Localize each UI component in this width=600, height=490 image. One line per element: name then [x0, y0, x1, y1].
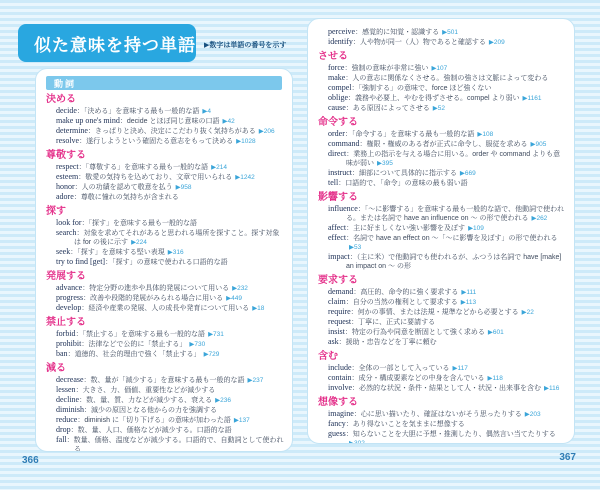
entry-colon: ：	[346, 421, 353, 428]
entry: make：人の意志に関係なくさせる。強制の強さは文脈によって変わる	[316, 73, 566, 83]
entry-colon: ：	[358, 206, 365, 213]
group-heading: 探す	[46, 206, 284, 217]
entry: contain：成分・構成要素などの中身を含んでいる▶118	[316, 373, 566, 383]
entry-list: decrease：数、量が「減少する」を意味する最も一般的な語▶237lesse…	[44, 375, 284, 452]
entry-ref-number: ▶601	[488, 329, 504, 336]
word-group: 想像する imagine：心に思い描いたり、確証はないがそう思ったりする▶203…	[316, 397, 566, 444]
entry-word: fall	[56, 435, 67, 444]
entry: direct：業務上の指示を与える場合に用いる。order や command …	[316, 149, 566, 168]
entry: esteem：敬愛の気持ちを込めており、文章で用いられる▶1242	[44, 172, 284, 182]
entry-colon: ：	[352, 365, 359, 372]
entry-ref-number: ▶395	[377, 160, 393, 167]
entry-description: 「命令する」を意味する最も一般的な語	[352, 131, 475, 138]
entry-description: 名詞で have an effect on 〜「〜に影響を及ぼす」の形で使われる	[353, 235, 557, 242]
entry-colon: ：	[353, 39, 360, 46]
entry-colon: ：	[352, 385, 359, 392]
entry-word: effect	[328, 233, 346, 242]
entry: ask：援助・忠告などを丁寧に頼む	[316, 337, 566, 347]
entry-word: direct	[328, 149, 346, 158]
entry-colon: ：	[345, 329, 352, 336]
entry-ref-number: ▶905	[531, 141, 547, 148]
page-number-right: 367	[559, 452, 576, 463]
entry: resolve：遂行しようという確固たる意志をもって決める▶1028	[44, 136, 284, 146]
entry-description: 減少の原因となる他からの力を強調する	[91, 407, 217, 414]
entry-word: claim	[328, 297, 346, 306]
entry-word: affect	[328, 223, 346, 232]
entry-word: lessen	[56, 385, 76, 394]
entry-description: ある原因によってさせる	[353, 105, 430, 112]
entry-list: influence：「〜に影響する」を意味する最も一般的な語で、他動詞で使われる…	[316, 204, 566, 271]
entry-word: decline	[56, 395, 79, 404]
entry: insist：特定の行為や同意を断固として強く求める▶601	[316, 327, 566, 337]
group-heading: 要求する	[318, 275, 566, 286]
entry-word: diminish	[56, 405, 84, 414]
entry: impact：（主に米）で他動詞でも使われるが、ふつうは名詞で have [ma…	[316, 252, 566, 271]
word-group: 探す look for：「探す」を意味する最も一般的な語search：対象を求め…	[44, 206, 284, 267]
entry-word: decide	[56, 106, 77, 115]
entry-word: order	[328, 129, 345, 138]
entry-colon: ：	[76, 331, 83, 338]
entry-colon: ：	[360, 141, 367, 148]
entry-word: perceive	[328, 27, 355, 36]
entry-colon: ：	[82, 220, 89, 227]
entry-description: 援助・忠告などを丁寧に頼む	[346, 339, 437, 346]
entry-ref-number: ▶1242	[235, 174, 254, 181]
entry-description: 知らないことを大胆に予想・推測したり、偶然言い当てたりする	[353, 431, 556, 438]
entry-ref-number: ▶224	[131, 239, 147, 246]
entry-colon: ：	[84, 407, 91, 414]
entry: command：権限・権威のある者が正式に命令し、服従を求める▶905	[316, 139, 566, 149]
entry-list: look for：「探す」を意味する最も一般的な語search：対象を求めてそれ…	[44, 218, 284, 267]
entry-word: develop	[56, 303, 81, 312]
entry-description: 「尊敬する」を意味する最も一般的な語	[86, 164, 209, 171]
entry-colon: ：	[71, 427, 78, 434]
entry: decrease：数、量が「減少する」を意味する最も一般的な語▶237	[44, 375, 284, 385]
group-heading: 尊敬する	[46, 150, 284, 161]
word-group: 含む include：全体の一部として入っている▶117contain：成分・構…	[316, 351, 566, 393]
entry-ref-number: ▶730	[189, 341, 205, 348]
entry-colon: ：	[88, 128, 95, 135]
entry-description: 口語的で、「命令」の意味の最も弱い語	[345, 180, 467, 187]
entry-list: force：強制の意味が非常に強い▶107make：人の意志に関係なくさせる。強…	[316, 63, 566, 113]
entry: forbid：「禁止する」を意味する最も一般的な語▶731	[44, 329, 284, 339]
entry-description: 人の意志に関係なくさせる。強制の強さは文脈によって変わる	[352, 75, 548, 82]
entry-colon: ：	[76, 387, 83, 394]
entry-word: try to find [get]	[56, 257, 105, 266]
entry: cause：ある原因によってさせる▶52	[316, 103, 566, 113]
entry-ref-number: ▶302	[349, 440, 365, 444]
group-heading: 禁止する	[46, 317, 284, 328]
entry-word: look for	[56, 218, 82, 227]
entry-description: 数、量が「減少する」を意味する最も一般的な語	[91, 377, 245, 384]
entry: imagine：心に思い描いたり、確証はないがそう思ったりする▶203	[316, 409, 566, 419]
entry-description: 対象を求めてそれがあると思われる場所を探すこと。探す対象は for の後に示す	[74, 230, 279, 246]
entry-description: 高圧的、命令的に強く要求する	[360, 289, 458, 296]
entry: guess：知らないことを大胆に予想・推測したり、偶然言い当てたりする▶302	[316, 429, 566, 444]
entry-colon: ：	[346, 235, 353, 242]
word-group: 命令する order：「命令する」を意味する最も一般的な語▶108command…	[316, 117, 566, 188]
entry: try to find [get]：「探す」の意味で使われる口語的な語	[44, 257, 284, 267]
entry-word: involve	[328, 383, 352, 392]
entry: decide：「決める」を意味する最も一般的な語▶4	[44, 106, 284, 116]
entry-colon: ：	[351, 309, 358, 316]
entry-list: demand：高圧的、命令的に強く要求する▶111claim：自分の当然の権利と…	[316, 287, 566, 347]
page-number-left: 366	[22, 455, 39, 466]
entry-description: （主に米）で他動詞でも使われるが、ふつうは名詞で have [make] an …	[346, 254, 561, 270]
entry-ref-number: ▶237	[248, 377, 264, 384]
entry: respect：「尊敬する」を意味する最も一般的な語▶214	[44, 162, 284, 172]
entry-description: 「決める」を意味する最も一般的な語	[84, 108, 200, 115]
entry-description: 主に好ましくない強い影響を及ぼす	[353, 225, 465, 232]
entry-description: 細部について具体的に指示する	[359, 170, 457, 177]
entry: reduce：diminish に「切り下げる」の意味が加わった語▶137	[44, 415, 284, 425]
entry-colon: ：	[354, 411, 361, 418]
entry-list: order：「命令する」を意味する最も一般的な語▶108command：権限・権…	[316, 129, 566, 188]
entry: request：丁寧に、正式に要請する	[316, 317, 566, 327]
entry-ref-number: ▶316	[168, 249, 184, 256]
entry-description: 自分の当然の権利として要求する	[353, 299, 458, 306]
entry-word: demand	[328, 287, 353, 296]
entry: claim：自分の当然の権利として要求する▶113	[316, 297, 566, 307]
word-group: 減る decrease：数、量が「減少する」を意味する最も一般的な語▶237le…	[44, 363, 284, 452]
entry: determine：きっぱりと決め、決定にこだわり抜く気持ちがある▶206	[44, 126, 284, 136]
entry-description: 大きさ、力、価値、重要性などが減少する	[83, 387, 216, 394]
entry-ref-number: ▶669	[460, 170, 476, 177]
entry-colon: ：	[67, 437, 74, 444]
group-heading: 想像する	[318, 397, 566, 408]
entry-word: contain	[328, 373, 352, 382]
entry-description: 数量、価格、温度などが減少する。口語的で、自動詞として使われる	[74, 437, 284, 452]
entry-ref-number: ▶109	[468, 225, 484, 232]
entry-ref-number: ▶1161	[523, 95, 542, 102]
entry: prohibit：法律などで公的に「禁止する」▶730	[44, 339, 284, 349]
word-group: 禁止する forbid：「禁止する」を意味する最も一般的な語▶731prohib…	[44, 317, 284, 359]
entry-ref-number: ▶42	[222, 118, 234, 125]
entry: search：対象を求めてそれがあると思われる場所を探すこと。探す対象は for…	[44, 228, 284, 247]
entry: order：「命令する」を意味する最も一般的な語▶108	[316, 129, 566, 139]
entry-description: 人や物が同一（人）物であると確認する	[360, 39, 486, 46]
entry-ref-number: ▶236	[215, 397, 231, 404]
entry-description: 全体の一部として入っている	[359, 365, 450, 372]
entry: demand：高圧的、命令的に強く要求する▶111	[316, 287, 566, 297]
entry: effect：名詞で have an effect on 〜「〜に影響を及ぼす」…	[316, 233, 566, 252]
entry-description: 「禁止する」を意味する最も一般的な語	[83, 331, 206, 338]
entry: fancy：あり得ないことを気ままに想像する	[316, 419, 566, 429]
part-label: 動詞	[54, 77, 76, 90]
right-page-groups: perceive：感覚的に知覚・認識する▶501identify：人や物が同一（…	[316, 27, 566, 444]
entry-ref-number: ▶18	[252, 305, 264, 312]
entry-ref-number: ▶731	[208, 331, 224, 338]
entry-description: 尊敬に憧れの気持ちが含まれる	[81, 194, 179, 201]
entry-ref-number: ▶232	[232, 285, 248, 292]
entry-word: honor	[56, 182, 75, 191]
entry-colon: ：	[346, 105, 353, 112]
entry-description: 人の功績を認めて敬意を払う	[82, 184, 173, 191]
entry-description: 「強制する」の意味で、force ほど強くない	[359, 85, 492, 92]
entry-word: tell	[328, 178, 338, 187]
entry-word: make up one's mind	[56, 116, 120, 125]
entry-colon: ：	[352, 170, 359, 177]
entry-ref-number: ▶116	[544, 385, 559, 392]
entry-description: 権限・権威のある者が正式に命令し、服従を求める	[367, 141, 528, 148]
entry: require：何かの事情、または法規・規準などから必要とする▶22	[316, 307, 566, 317]
entry: adore：尊敬に憧れの気持ちが含まれる	[44, 192, 284, 202]
entry-description: 感覚的に知覚・認識する	[362, 29, 439, 36]
group-heading: 減る	[46, 363, 284, 374]
word-group: 決める decide：「決める」を意味する最も一般的な語▶4make up on…	[44, 94, 284, 146]
group-heading: 影響する	[318, 192, 566, 203]
entry-colon: ：	[352, 375, 359, 382]
entry-description: きっぱりと決め、決定にこだわり抜く気持ちがある	[95, 128, 256, 135]
entry-word: determine	[56, 126, 88, 135]
entry: oblige：義務や必要上、やむを得ずさせる。compel より弱い▶1161	[316, 93, 566, 103]
entry-word: influence	[328, 204, 358, 213]
group-heading: 含む	[318, 351, 566, 362]
entry-ref-number: ▶52	[433, 105, 445, 112]
entry-ref-number: ▶729	[204, 351, 220, 358]
entry: make up one's mind：decide とほぼ同じ意味の口語▶42	[44, 116, 284, 126]
entry: influence：「〜に影響する」を意味する最も一般的な語で、他動詞で使われる…	[316, 204, 566, 223]
word-group: 影響する influence：「〜に影響する」を意味する最も一般的な語で、他動詞…	[316, 192, 566, 271]
entry-word: ask	[328, 337, 339, 346]
entry-ref-number: ▶501	[442, 29, 458, 36]
right-page: perceive：感覚的に知覚・認識する▶501identify：人や物が同一（…	[307, 18, 575, 444]
entry: seek：「探す」を意味する堅い表現▶316	[44, 247, 284, 257]
group-heading: 発展する	[46, 271, 284, 282]
chapter-header: 似た意味を持つ単語	[18, 24, 196, 62]
entry-ref-number: ▶1028	[236, 138, 255, 145]
entry-colon: ：	[84, 377, 91, 384]
entry-word: seek	[56, 247, 70, 256]
entry-colon: ：	[348, 95, 355, 102]
entry-list: decide：「決める」を意味する最も一般的な語▶4make up one's …	[44, 106, 284, 146]
entry-description: 強制の意味が非常に強い	[351, 65, 428, 72]
entry-colon: ：	[79, 164, 86, 171]
entry: lessen：大きさ、力、価値、重要性などが減少する	[44, 385, 284, 395]
entry: include：全体の一部として入っている▶117	[316, 363, 566, 373]
entry-colon: ：	[350, 254, 357, 261]
entry-ref-number: ▶206	[259, 128, 275, 135]
entry-ref-number: ▶111	[461, 289, 476, 296]
entry-ref-number: ▶53	[349, 244, 361, 251]
word-group: 要求する demand：高圧的、命令的に強く要求する▶111claim：自分の当…	[316, 275, 566, 347]
page-title: 似た意味を持つ単語	[34, 31, 196, 56]
entry-colon: ：	[346, 225, 353, 232]
entry-word: prohibit	[56, 339, 81, 348]
entry-description: 改善や段階的発展がみられる場合に用いる	[90, 295, 223, 302]
entry: force：強制の意味が非常に強い▶107	[316, 63, 566, 73]
entry: look for：「探す」を意味する最も一般的な語	[44, 218, 284, 228]
entry-colon: ：	[75, 184, 82, 191]
entry-ref-number: ▶108	[477, 131, 493, 138]
entry-description: 敬愛の気持ちを込めており、文章で用いられる	[85, 174, 232, 181]
entry: honor：人の功績を認めて敬意を払う▶958	[44, 182, 284, 192]
word-group: 発展する advance：特定分野の進歩や具体的発展について用いる▶232pro…	[44, 271, 284, 313]
entry-word: request	[328, 317, 351, 326]
entry-word: progress	[56, 293, 83, 302]
entry: decline：数、量、質、力などが減少する、衰える▶236	[44, 395, 284, 405]
entry-word: require	[328, 307, 351, 316]
part-bar: 動詞	[46, 76, 282, 90]
entry-description: 数、量、人口、価格などが減少する。口語的な語	[78, 427, 232, 434]
entry: diminish：減少の原因となる他からの力を強調する	[44, 405, 284, 415]
entry-description: あり得ないことを気ままに想像する	[353, 421, 465, 428]
entry: drop：数、量、人口、価格などが減少する。口語的な語	[44, 425, 284, 435]
entry: ban：道徳的、社会的理由で強く「禁止する」▶729	[44, 349, 284, 359]
entry-word: advance	[56, 283, 82, 292]
entry-description: 特定の行為や同意を断固として強く求める	[352, 329, 485, 336]
word-group: 尊敬する respect：「尊敬する」を意味する最も一般的な語▶214estee…	[44, 150, 284, 202]
entry-ref-number: ▶113	[461, 299, 476, 306]
entry-colon: ：	[352, 85, 359, 92]
entry-list: perceive：感覚的に知覚・認識する▶501identify：人や物が同一（…	[316, 27, 566, 47]
entry-word: search	[56, 228, 76, 237]
entry-list: respect：「尊敬する」を意味する最も一般的な語▶214esteem：敬愛の…	[44, 162, 284, 202]
group-heading: させる	[318, 51, 566, 62]
entry-word: drop	[56, 425, 71, 434]
entry-ref-number: ▶4	[202, 108, 211, 115]
entry: affect：主に好ましくない強い影響を及ぼす▶109	[316, 223, 566, 233]
entry-word: guess	[328, 429, 346, 438]
entry: involve：必然的な状況・条件・結果として人・状況・出来事を含む▶116	[316, 383, 566, 393]
entry-word: identify	[328, 37, 353, 46]
entry-word: impact	[328, 252, 350, 261]
entry: progress：改善や段階的発展がみられる場合に用いる▶449	[44, 293, 284, 303]
left-page: 動詞 決める decide：「決める」を意味する最も一般的な語▶4make up…	[35, 68, 293, 452]
entry-ref-number: ▶203	[525, 411, 541, 418]
entry-word: respect	[56, 162, 79, 171]
entry-word: reduce	[56, 415, 77, 424]
entry-description: 経済や産業の発展、人の成長や発育について用いる	[88, 305, 249, 312]
entry-word: esteem	[56, 172, 78, 181]
entry-list: include：全体の一部として入っている▶117contain：成分・構成要素…	[316, 363, 566, 393]
entry-description: 遂行しようという確固たる意志をもって決める	[86, 138, 233, 145]
entry-word: force	[328, 63, 344, 72]
entry-colon: ：	[346, 299, 353, 306]
entry-ref-number: ▶214	[211, 164, 227, 171]
entry: perceive：感覚的に知覚・認識する▶501	[316, 27, 566, 37]
entry: develop：経済や産業の発展、人の成長や発育について用いる▶18	[44, 303, 284, 313]
entry-ref-number: ▶137	[234, 417, 250, 424]
entry-description: 道徳的、社会的理由で強く「禁止する」	[75, 351, 201, 358]
entry-word: oblige	[328, 93, 348, 102]
entry-word: insist	[328, 327, 345, 336]
entry-word: fancy	[328, 419, 346, 428]
entry: instruct：細部について具体的に指示する▶669	[316, 168, 566, 178]
entry-ref-number: ▶209	[489, 39, 505, 46]
entry-word: forbid	[56, 329, 76, 338]
entry-word: adore	[56, 192, 74, 201]
entry-description: 心に思い描いたり、確証はないがそう思ったりする	[361, 411, 522, 418]
left-page-groups: 決める decide：「決める」を意味する最も一般的な語▶4make up on…	[44, 94, 284, 452]
entry-description: diminish に「切り下げる」の意味が加わった語	[84, 417, 231, 424]
entry-list: forbid：「禁止する」を意味する最も一般的な語▶731prohibit：法律…	[44, 329, 284, 359]
entry-description: 何かの事情、または法規・規準などから必要とする	[358, 309, 519, 316]
entry-word: ban	[56, 349, 68, 358]
group-heading: 命令する	[318, 117, 566, 128]
entry-description: 義務や必要上、やむを得ずさせる。compel より弱い	[355, 95, 520, 102]
entry-description: 「探す」を意味する堅い表現	[77, 249, 165, 256]
entry-ref-number: ▶22	[522, 309, 534, 316]
entry-colon: ：	[345, 131, 352, 138]
entry-colon: ：	[120, 118, 127, 125]
entry-colon: ：	[74, 194, 81, 201]
entry-description: 丁寧に、正式に要請する	[358, 319, 435, 326]
entry-word: compel	[328, 83, 352, 92]
entry: compel：「強制する」の意味で、force ほど強くない	[316, 83, 566, 93]
entry-ref-number: ▶262	[531, 215, 547, 222]
entry-description: 法律などで公的に「禁止する」	[88, 341, 186, 348]
entry-ref-number: ▶107	[431, 65, 447, 72]
entry-list: imagine：心に思い描いたり、確証はないがそう思ったりする▶203fancy…	[316, 409, 566, 444]
entry-colon: ：	[68, 351, 75, 358]
entry: tell：口語的で、「命令」の意味の最も弱い語	[316, 178, 566, 188]
entry: advance：特定分野の進歩や具体的発展について用いる▶232	[44, 283, 284, 293]
entry-description: 「探す」の意味で使われる口語的な語	[112, 259, 228, 266]
entry-description: 特定分野の進歩や具体的発展について用いる	[89, 285, 229, 292]
entry-word: include	[328, 363, 352, 372]
entry-description: 必然的な状況・条件・結果として人・状況・出来事を含む	[359, 385, 541, 392]
header-note: ▶数字は単語の番号を示す	[204, 40, 304, 50]
entry-description: 成分・構成要素などの中身を含んでいる	[359, 375, 485, 382]
entry-colon: ：	[339, 339, 346, 346]
word-group: させる force：強制の意味が非常に強い▶107make：人の意志に関係なくさ…	[316, 51, 566, 113]
entry-ref-number: ▶958	[176, 184, 192, 191]
entry: identify：人や物が同一（人）物であると確認する▶209	[316, 37, 566, 47]
entry-word: cause	[328, 103, 346, 112]
entry-description: 「探す」を意味する最も一般的な語	[89, 220, 198, 227]
entry-colon: ：	[346, 431, 353, 438]
entry-ref-number: ▶449	[226, 295, 242, 302]
entry-description: 数、量、質、力などが減少する、衰える	[86, 397, 212, 404]
entry-list: advance：特定分野の進歩や具体的発展について用いる▶232progress…	[44, 283, 284, 313]
entry-ref-number: ▶118	[488, 375, 503, 382]
word-group: perceive：感覚的に知覚・認識する▶501identify：人や物が同一（…	[316, 27, 566, 47]
entry-word: command	[328, 139, 360, 148]
entry-ref-number: ▶117	[453, 365, 468, 372]
entry-colon: ：	[77, 108, 84, 115]
entry-word: decrease	[56, 375, 84, 384]
entry-word: make	[328, 73, 345, 82]
entry-word: resolve	[56, 136, 79, 145]
entry: fall：数量、価格、温度などが減少する。口語的で、自動詞として使われる	[44, 435, 284, 452]
entry-word: imagine	[328, 409, 354, 418]
entry-word: instruct	[328, 168, 352, 177]
entry-description: decide とほぼ同じ意味の口語	[127, 118, 220, 125]
group-heading: 決める	[46, 94, 284, 105]
